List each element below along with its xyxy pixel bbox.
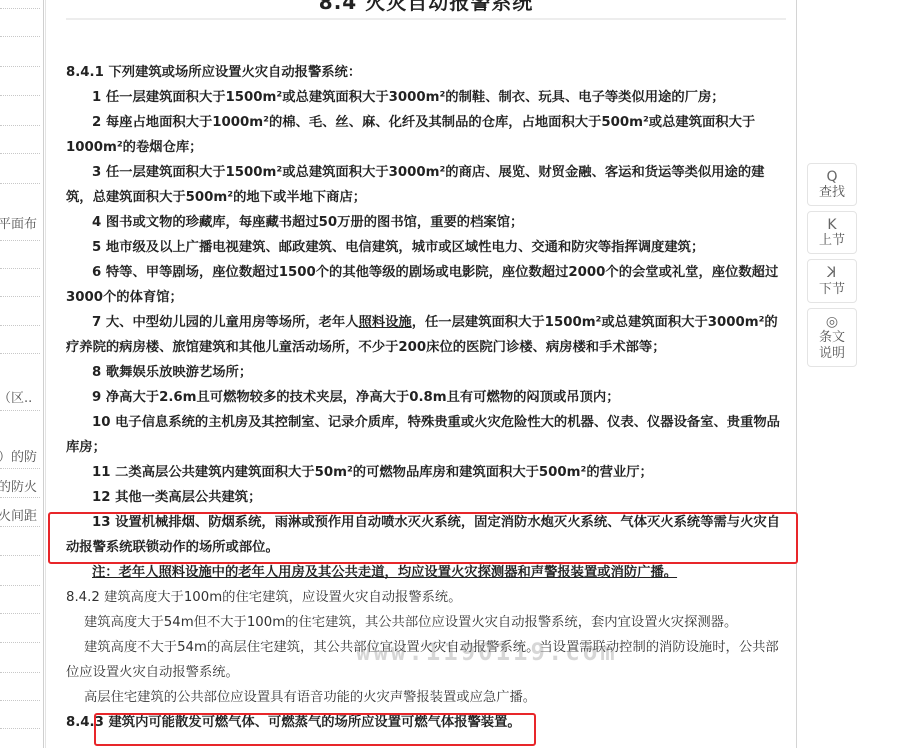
clause-item-12: 12 其他一类高层公共建筑；	[66, 485, 788, 510]
toc-divider	[0, 672, 40, 673]
clause-item-8: 8 歌舞娱乐放映游艺场所；	[66, 360, 788, 385]
toc-divider	[0, 95, 40, 96]
toc-divider	[0, 183, 40, 184]
clause-note: 注：老年人照料设施中的老年人用房及其公共走道，均应设置火灾探测器和声警报装置或消…	[66, 560, 788, 585]
toc-divider	[0, 555, 40, 556]
toc-divider	[0, 497, 40, 498]
toc-divider	[0, 153, 40, 154]
clause-item-1: 1 任一层建筑面积大于1500m²或总建筑面积大于3000m²的制鞋、制衣、玩具…	[66, 85, 788, 110]
toc-sidebar: 平面布 （区.. ）的防 的防火 火间距	[0, 0, 44, 748]
clause-item-9: 9 净高大于2.6m且可燃物较多的技术夹层，净高大于0.8m且有可燃物的闷顶或吊…	[66, 385, 788, 410]
toc-item[interactable]: ）的防	[0, 450, 42, 466]
clause-item-10: 10 电子信息系统的主机房及其控制室、记录介质库，特殊贵重或火灾危险性大的机器、…	[66, 410, 788, 460]
clause-item-7-prefix: 7 大、中型幼儿园的儿童用房等场所，老年人	[92, 315, 359, 330]
clause-8-4-3-number: 8.4.3	[66, 715, 104, 730]
find-label: 查找	[808, 185, 856, 201]
next-section-label: 下节	[808, 282, 856, 298]
next-section-button[interactable]: K 下节	[807, 259, 857, 303]
toc-divider	[0, 410, 40, 411]
toc-divider	[0, 325, 40, 326]
toc-divider	[0, 240, 40, 241]
clause-item-3: 3 任一层建筑面积大于1500m²或总建筑面积大于3000m²的商店、展览、财贸…	[66, 160, 788, 210]
toc-divider	[0, 613, 40, 614]
previous-section-button[interactable]: K 上节	[807, 211, 857, 254]
clause-8-4-2-para-1: 建筑高度大于54m但不大于100m的住宅建筑，其公共部位应设置火灾自动报警系统，…	[66, 610, 788, 635]
find-button[interactable]: Q 查找	[807, 163, 857, 206]
previous-section-label: 上节	[808, 233, 856, 249]
previous-icon: K	[808, 217, 856, 233]
title-divider	[66, 18, 786, 20]
section-title: 8.4 火灾自动报警系统	[66, 0, 786, 20]
next-icon: K	[827, 265, 836, 281]
toc-divider	[0, 728, 40, 729]
search-icon: Q	[808, 169, 856, 185]
clause-item-7: 7 大、中型幼儿园的儿童用房等场所，老年人照料设施，任一层建筑面积大于1500m…	[66, 310, 788, 360]
clause-item-11: 11 二类高层公共建筑内建筑面积大于50m²的可燃物品库房和建筑面积大于500m…	[66, 460, 788, 485]
floating-toolbar: Q 查找 K 上节 K 下节 ◎ 条文说明	[807, 163, 857, 372]
toc-item[interactable]: 火间距	[0, 509, 42, 525]
toc-divider	[0, 8, 40, 9]
clause-explanation-label: 条文说明	[818, 330, 846, 362]
clause-item-5: 5 地市级及以上广播电视建筑、邮政建筑、电信建筑，城市或区域性电力、交通和防灾等…	[66, 235, 788, 260]
toc-divider	[0, 526, 40, 527]
toc-divider	[0, 36, 40, 37]
toc-item[interactable]: （区..	[0, 391, 42, 407]
clause-explanation-button[interactable]: ◎ 条文说明	[807, 308, 857, 367]
term-link-elderly-care[interactable]: 照料设施	[359, 315, 412, 330]
toc-divider	[0, 585, 40, 586]
clause-8-4-1-heading: 8.4.1 下列建筑或场所应设置火灾自动报警系统：	[66, 60, 788, 85]
clause-item-13: 13 设置机械排烟、防烟系统，雨淋或预作用自动喷水灭火系统，固定消防水炮灭火系统…	[66, 510, 788, 560]
eye-icon: ◎	[808, 314, 856, 330]
toc-item[interactable]: 平面布	[0, 217, 42, 233]
toc-divider	[0, 700, 40, 701]
clause-item-6: 6 特等、甲等剧场，座位数超过1500个的其他等级的剧场或电影院，座位数超过20…	[66, 260, 788, 310]
clause-8-4-3-text: 建筑内可能散发可燃气体、可燃蒸气的场所应设置可燃气体报警装置。	[109, 715, 521, 730]
toc-divider	[0, 66, 40, 67]
note-text: 注：老年人照料设施中的老年人用房及其公共走道，均应设置火灾探测器和声警报装置或消…	[92, 565, 677, 580]
toc-divider	[0, 125, 40, 126]
toc-item[interactable]: 的防火	[0, 480, 42, 496]
clause-item-4: 4 图书或文物的珍藏库，每座藏书超过50万册的图书馆，重要的档案馆；	[66, 210, 788, 235]
clause-8-4-2-heading: 8.4.2 建筑高度大于100m的住宅建筑，应设置火灾自动报警系统。	[66, 585, 788, 610]
clause-item-2: 2 每座占地面积大于1000m²的棉、毛、丝、麻、化纤及其制品的仓库，占地面积大…	[66, 110, 788, 160]
watermark: www.1190119.com	[356, 638, 618, 666]
toc-divider	[0, 268, 40, 269]
document-content: 8.4.1 下列建筑或场所应设置火灾自动报警系统： 1 任一层建筑面积大于150…	[66, 60, 788, 735]
toc-divider	[0, 642, 40, 643]
clause-8-4-3: 8.4.3 建筑内可能散发可燃气体、可燃蒸气的场所应设置可燃气体报警装置。	[66, 710, 788, 735]
toc-divider	[0, 296, 40, 297]
document-panel: 8.4 火灾自动报警系统 8.4.1 下列建筑或场所应设置火灾自动报警系统： 1…	[45, 0, 797, 748]
toc-divider	[0, 353, 40, 354]
toc-divider	[0, 468, 40, 469]
clause-8-4-2-para-3: 高层住宅建筑的公共部位应设置具有语音功能的火灾声警报装置或应急广播。	[66, 685, 788, 710]
